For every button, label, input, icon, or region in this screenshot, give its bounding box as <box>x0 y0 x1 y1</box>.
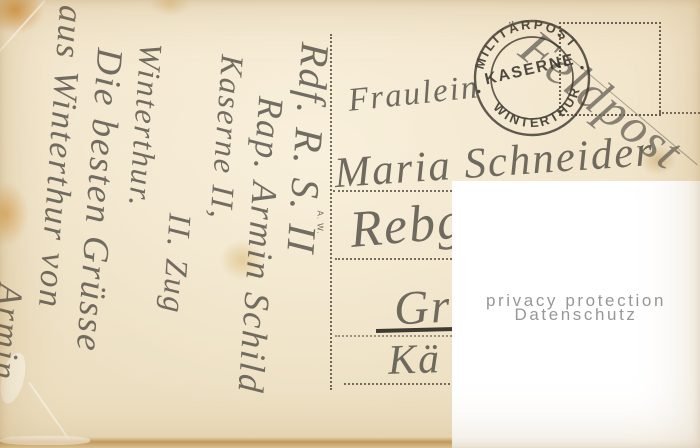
postmark-separator-dot: • <box>578 60 585 75</box>
privacy-overlay: privacy protection Datenschutz <box>452 181 700 448</box>
address-line5: Kä <box>387 335 442 385</box>
postmark-bottom-text: WINTERTHUR <box>489 81 591 140</box>
sender-message-block: Rdf. R. S. II Rap. Armin Schild Kaserne … <box>0 0 338 448</box>
address-street: Rebg <box>348 191 468 260</box>
postmark-separator-dot: • <box>475 84 482 99</box>
privacy-overlay-text-de: Datenschutz <box>452 308 700 322</box>
postcard-scan: A. W. Rdf. R. S. II Rap. Armin Schild Ka… <box>0 0 700 448</box>
